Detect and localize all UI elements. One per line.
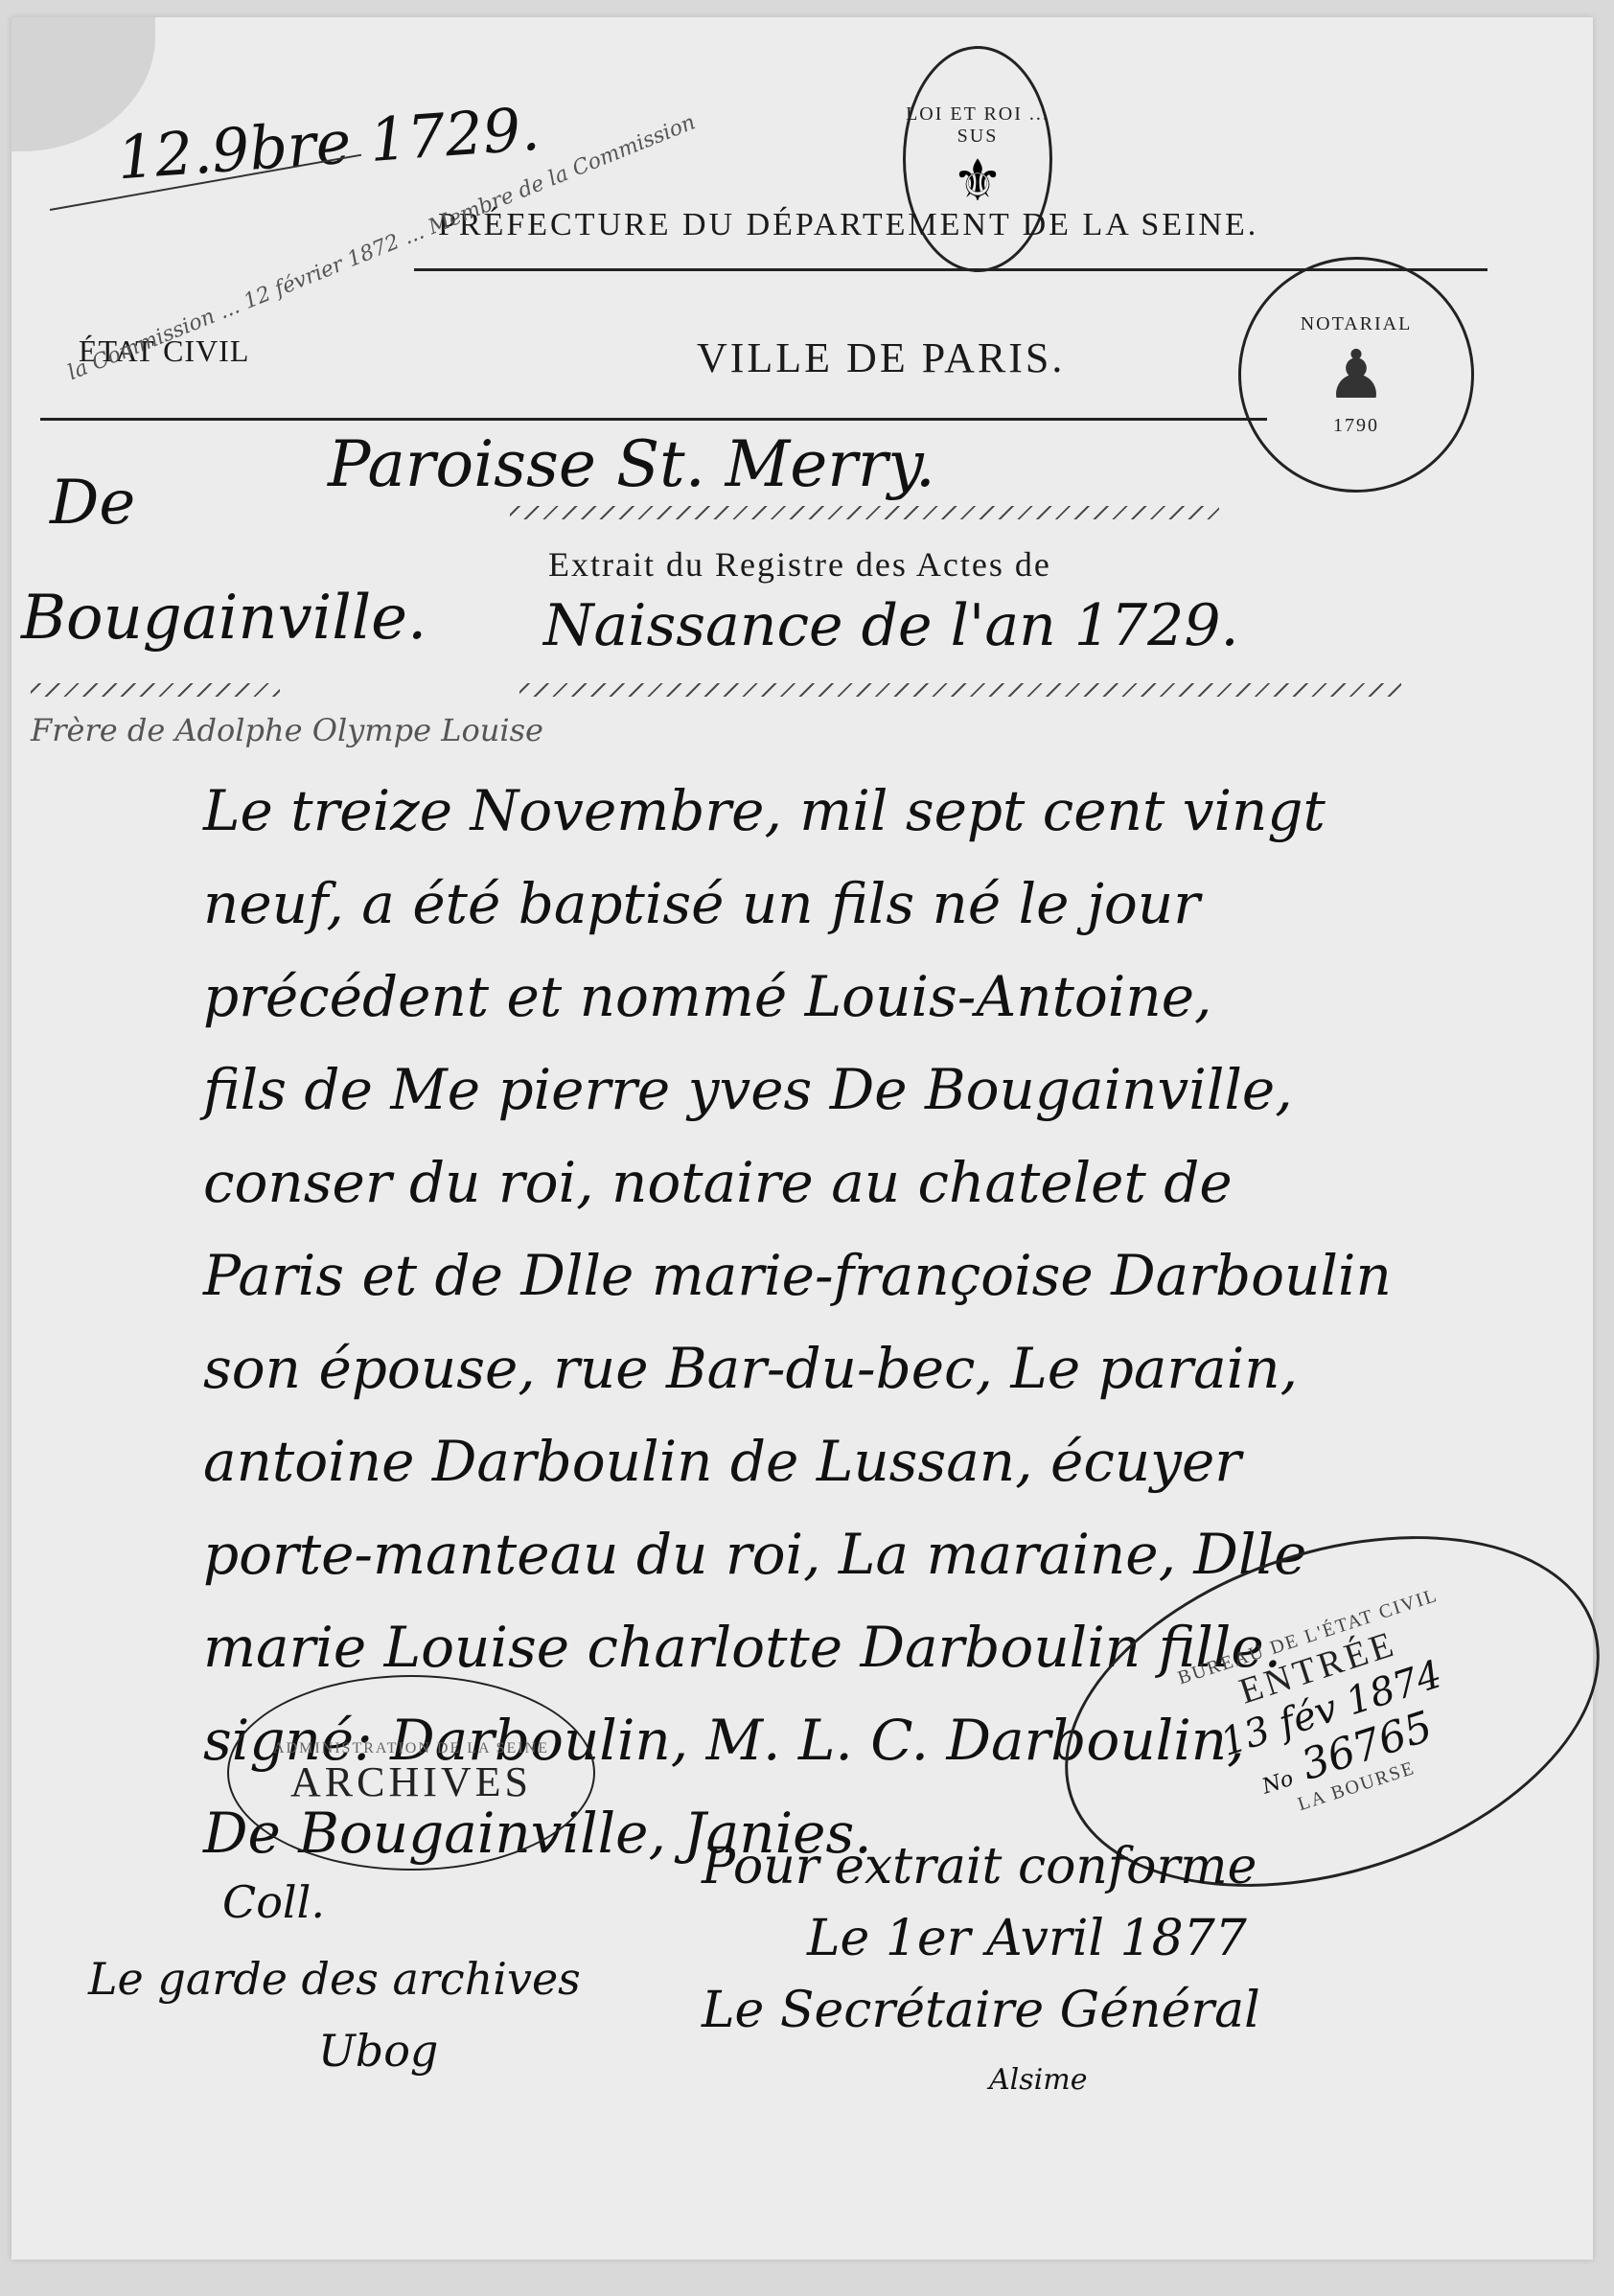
certification-date: Le 1er Avril 1877 — [807, 1910, 1247, 1967]
body-line: Le treize Novembre, mil sept cent vingt — [203, 765, 1392, 858]
margin-name-line2: Bougainville. — [21, 583, 427, 654]
archives-ring-text: ADMINISTRATION DE LA SEINE — [273, 1740, 549, 1757]
body-line: son épouse, rue Bar-du-bec, Le parain, — [203, 1322, 1392, 1415]
body-line: fils de Me pierre yves De Bougainville, — [203, 1044, 1392, 1137]
body-line: précédent et nommé Louis-Antoine, — [203, 951, 1392, 1044]
faint-margin-note: Frère de Adolphe Olympe Louise — [31, 712, 543, 748]
archivist-signature: Ubog — [318, 2025, 438, 2077]
ville-heading: VILLE DE PARIS. — [697, 333, 1065, 382]
entree-number-prefix: No — [1259, 1766, 1297, 1799]
margin-name-line1: De — [50, 468, 135, 539]
birth-year-heading: Naissance de l'an 1729. — [543, 592, 1239, 659]
fleur-de-lis-icon: ⚜ — [952, 148, 1003, 215]
top-date: 12.9bre 1729. — [115, 94, 542, 194]
header-rule-middle — [40, 418, 1267, 421]
extract-wavy-underline — [519, 683, 1401, 697]
certification-line: Pour extrait conforme — [702, 1838, 1257, 1895]
parish-title: Paroisse St. Merry. — [328, 427, 935, 501]
prefecture-heading: PRÉFECTURE DU DÉPARTEMENT DE LA SEINE. — [438, 207, 1258, 243]
body-line: antoine Darboulin de Lussan, écuyer — [203, 1415, 1392, 1508]
extract-heading: Extrait du Registre des Actes de — [548, 544, 1051, 585]
parish-wavy-underline — [510, 506, 1219, 519]
collated-note: Coll. — [222, 1876, 325, 1928]
seated-figure-icon: ♟ — [1326, 335, 1387, 415]
secretary-signature: Alsime — [989, 2063, 1087, 2097]
body-line: Paris et de Dlle marie-françoise Darboul… — [203, 1229, 1392, 1322]
archivist-title: Le garde des archives — [88, 1953, 581, 2005]
document-page: 12.9bre 1729. LOI ET ROI ... SUS ⚜ PRÉFE… — [12, 17, 1593, 2260]
body-line: conser du roi, notaire au chatelet de — [203, 1137, 1392, 1229]
archives-stamp: ADMINISTRATION DE LA SEINE ARCHIVES — [227, 1675, 595, 1871]
archives-label: ARCHIVES — [290, 1757, 532, 1806]
margin-wavy-underline — [31, 683, 280, 697]
seal-ring-text: LOI ET ROI ... SUS — [906, 103, 1049, 148]
seal-year: 1790 — [1333, 415, 1379, 437]
secretary-title: Le Secrétaire Général — [702, 1982, 1260, 2039]
notarial-seal-stamp: NOTARIAL ♟ 1790 — [1238, 257, 1474, 493]
body-line: neuf, a été baptisé un fils né le jour — [203, 858, 1392, 951]
seal-ring-text: NOTARIAL — [1301, 313, 1413, 335]
